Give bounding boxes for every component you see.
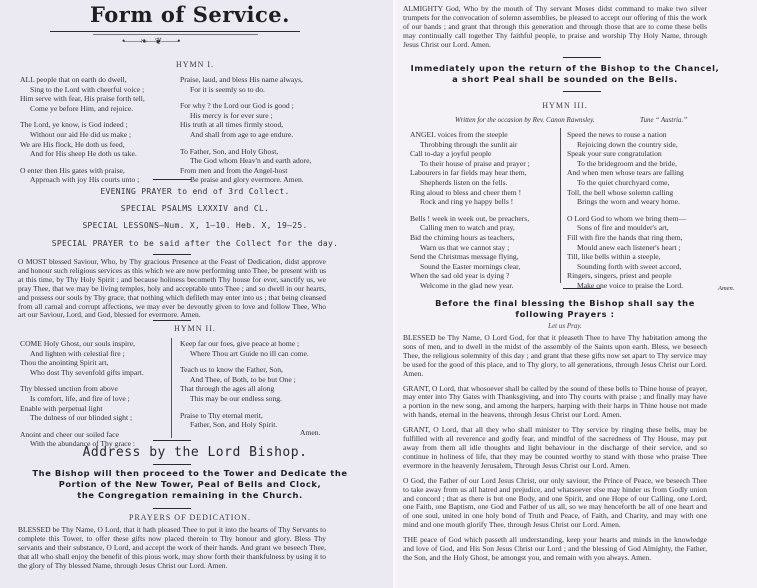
verse-line: From men and from the Angel-host [180, 166, 311, 176]
divider [563, 57, 601, 58]
stanza-gap [20, 159, 145, 166]
verse-line: Praise to Thy eternal merit, [180, 411, 309, 421]
divider [153, 464, 191, 465]
verse-line: Who dost Thy sevenfold gifts impart. [20, 368, 144, 378]
verse-line: O enter then His gates with praise, [20, 166, 145, 176]
title-rule [50, 31, 300, 32]
divider [563, 91, 601, 92]
column-divider [171, 338, 172, 438]
verse-line: Speak your sure congratulation [567, 149, 686, 159]
verse-line: Teach us to know the Father, Son, [180, 365, 309, 375]
verse-line: For it is seemly so to do. [180, 85, 311, 95]
hymn3-amen: Amen. [718, 284, 734, 294]
verse-line: Throbbing through the sunlit air [410, 140, 530, 150]
verse-line: Toll, the bell whose solemn calling [567, 188, 686, 198]
verse-line: Sound the Easter mornings clear, [410, 262, 530, 272]
verse-line: Him serve with fear, His praise forth te… [20, 94, 145, 104]
verse-line: To the bridegroom and the bride, [567, 159, 686, 169]
prayer-paragraph: THE peace of God which passeth all under… [403, 536, 707, 563]
verse-line: Fill with fire the hands that ring them, [567, 233, 686, 243]
verse-line: That through the ages all along [180, 384, 309, 394]
verse-line: Rock and ring ye happy bells ! [410, 197, 530, 207]
verse-line: We are His flock, He doth us feed, [20, 140, 145, 150]
verse-line: When the sad old year is dying ? [410, 271, 530, 281]
verse-line: To the quiet churchyard come, [567, 178, 686, 188]
procession-rubric: The Bishop will then proceed to the Towe… [0, 468, 380, 501]
divider [153, 440, 191, 441]
verse-line: Thou the anointing Spirit art, [20, 358, 144, 368]
verse-line: The Lord, ye know, is God indeed ; [20, 120, 145, 130]
verse-line: ALL people that on earth do dwell, [20, 75, 145, 85]
verse-line: Labourers in far fields may hear them, [410, 168, 530, 178]
verse-line: Bells ! week in week out, be preachers, [410, 214, 530, 224]
verse-line: To Father, Son, and Holy Ghost, [180, 147, 311, 157]
verse-line: Sing to the Lord with cheerful voice ; [20, 85, 145, 95]
page-title: Form of Service. [0, 2, 380, 27]
verse-line: And Thee, of Both, to be but One ; [180, 375, 309, 385]
blessing-rubric: Before the final blessing the Bishop sha… [395, 298, 735, 320]
verse-line: His mercy is for ever sure ; [180, 111, 311, 121]
prayer-paragraph: GRANT, O Lord, that all they who shall m… [403, 426, 707, 471]
rubric-evening-prayer: EVENING PRAYER to end of 3rd Collect. [0, 187, 390, 196]
hymn3-tune: Tune “ Austria.” [640, 116, 687, 126]
stanza-gap [20, 113, 145, 120]
divider [153, 254, 191, 255]
stanza-gap [20, 377, 144, 384]
rubric-special-psalms: SPECIAL PSALMS LXXXIV and CL. [0, 204, 390, 213]
stanza-gap [180, 94, 311, 101]
verse-line: Send the Christmas message flying, [410, 252, 530, 262]
verse-line: Where Thou art Guide no ill can come. [180, 349, 309, 359]
verse-line: This may be our endless song. [180, 394, 309, 404]
stanza-gap [180, 140, 311, 147]
verse-line: And when men whose tears are falling [567, 168, 686, 178]
hymn2-col1: COME Holy Ghost, our souls inspire,And l… [20, 339, 144, 449]
stanza-gap [20, 423, 144, 430]
column-divider [560, 128, 561, 283]
verse-line: Come ye before Him, and rejoice. [20, 104, 145, 114]
dedication-prayer: BLESSED be Thy Name, O Lord, that it hat… [18, 526, 326, 577]
verse-line: Anoint and cheer our soiled face [20, 430, 144, 440]
verse-line: Mould anew each listener's heart ; [567, 243, 686, 253]
right-page: ALMIGHTY God, Who by the mouth of Thy se… [395, 0, 757, 588]
hymn2-col2: Keep far our foes, give peace at home ;W… [180, 339, 309, 430]
verse-line: Brings the worn and weary home. [567, 197, 686, 207]
divider [153, 320, 191, 321]
verse-line: Be praise and glory evermore. Amen. [180, 175, 311, 185]
hymn3-subtitle: Written for the occasion by Rev. Canon R… [455, 116, 595, 126]
let-us-pray: Let us Pray. [395, 322, 735, 330]
hymn1-col1: ALL people that on earth do dwell,Sing t… [20, 75, 145, 185]
title-rule-thin [93, 34, 258, 35]
chancel-rubric: Immediately upon the return of the Bisho… [395, 63, 735, 85]
verse-line: And lighten with celestial fire ; [20, 349, 144, 359]
verse-line: Call to-day a joyful people [410, 149, 530, 159]
verse-line: To their house of praise and prayer ; [410, 159, 530, 169]
verse-line: For why ? the Lord our God is good ; [180, 101, 311, 111]
stanza-gap [180, 358, 309, 365]
verse-line: COME Holy Ghost, our souls inspire, [20, 339, 144, 349]
rubric-special-prayer: SPECIAL PRAYER to be said after the Coll… [0, 239, 390, 248]
verse-line: Speed the news to rouse a nation [567, 130, 686, 140]
divider [153, 179, 191, 180]
prayer-paragraph: BLESSED be Thy Name, O Lord God, for tha… [403, 334, 707, 379]
hymn3-col1: ANGEL voices from the steepleThrobbing t… [410, 130, 530, 291]
verse-line: Bid the chiming hours as teachers, [410, 233, 530, 243]
verse-line: Make one voice to praise the Lord. [567, 281, 686, 291]
verse-line: Calling men to watch and pray, [410, 223, 530, 233]
prayer-paragraph: O God, the Father of our Lord Jesus Chri… [403, 477, 707, 530]
verse-line: The God whom Heav'n and earth adore, [180, 156, 311, 166]
closing-prayers: BLESSED be Thy Name, O Lord God, for tha… [403, 334, 707, 569]
verse-line: Rejoicing down the country side, [567, 140, 686, 150]
hymn3-col2: Speed the news to rouse a nationRejoicin… [567, 130, 686, 291]
stanza-gap [180, 404, 309, 411]
divider [563, 288, 601, 289]
verse-line: Till, like bells within a steeple, [567, 252, 686, 262]
hymn1-heading: HYMN I. [0, 60, 390, 69]
rubric-special-lessons: SPECIAL LESSONS—Num. X, 1–10. Heb. X, 19… [0, 221, 390, 230]
hymn1-col2: Praise, laud, and bless His name always,… [180, 75, 311, 185]
verse-line: And shall from age to age endure. [180, 130, 311, 140]
verse-line: Warn us that we cannot stay ; [410, 243, 530, 253]
verse-line: Keep far our foes, give peace at home ; [180, 339, 309, 349]
verse-line: Sons of fire and moulder's art, [567, 223, 686, 233]
hymn2-amen: Amen. [300, 428, 320, 438]
hymn3-heading: HYMN III. [395, 101, 735, 110]
left-page: Form of Service. •――❧―❦――• HYMN I. ALL p… [0, 0, 395, 588]
stanza-gap [410, 207, 530, 214]
verse-line: The dulness of our blinded sight ; [20, 413, 144, 423]
verse-line: O Lord God to whom we bring them— [567, 214, 686, 224]
verse-line: Praise, laud, and bless His name always, [180, 75, 311, 85]
verse-line: His truth at all times firmly stood, [180, 120, 311, 130]
verse-line: Father, Son, and Holy Spirit. [180, 420, 309, 430]
verse-line: Approach with joy His courts unto ; [20, 175, 145, 185]
stanza-gap [567, 207, 686, 214]
verse-line: Thy blessed unction from above [20, 384, 144, 394]
verse-line: Enable with perpetual light [20, 404, 144, 414]
verse-line: Ringers, singers, priest and people [567, 271, 686, 281]
divider [153, 508, 191, 509]
verse-line: Without our aid He did us make ; [20, 130, 145, 140]
verse-line: Is comfort, life, and fire of love ; [20, 394, 144, 404]
verse-line: Shepherds listen on the fells. [410, 178, 530, 188]
verse-line: ANGEL voices from the steeple [410, 130, 530, 140]
hymn2-heading: HYMN II. [0, 324, 390, 333]
verse-line: Sounding forth with sweet accord, [567, 262, 686, 272]
verse-line: Welcome in the glad new year. [410, 281, 530, 291]
address-heading: Address by the Lord Bishop. [0, 445, 390, 460]
verse-line: Ring aloud to bless and cheer them ! [410, 188, 530, 198]
prayer-paragraph: GRANT, O Lord, that whosoever shall be c… [403, 385, 707, 421]
ornament-divider: •――❧―❦――• [122, 36, 179, 47]
prayers-heading: PRAYERS OF DEDICATION. [0, 513, 380, 522]
almighty-prayer: ALMIGHTY God, Who by the mouth of Thy se… [403, 5, 707, 56]
verse-line: And for His sheep He doth us take. [20, 149, 145, 159]
special-prayer: O MOST blessed Saviour, Who, by Thy grac… [18, 258, 326, 326]
